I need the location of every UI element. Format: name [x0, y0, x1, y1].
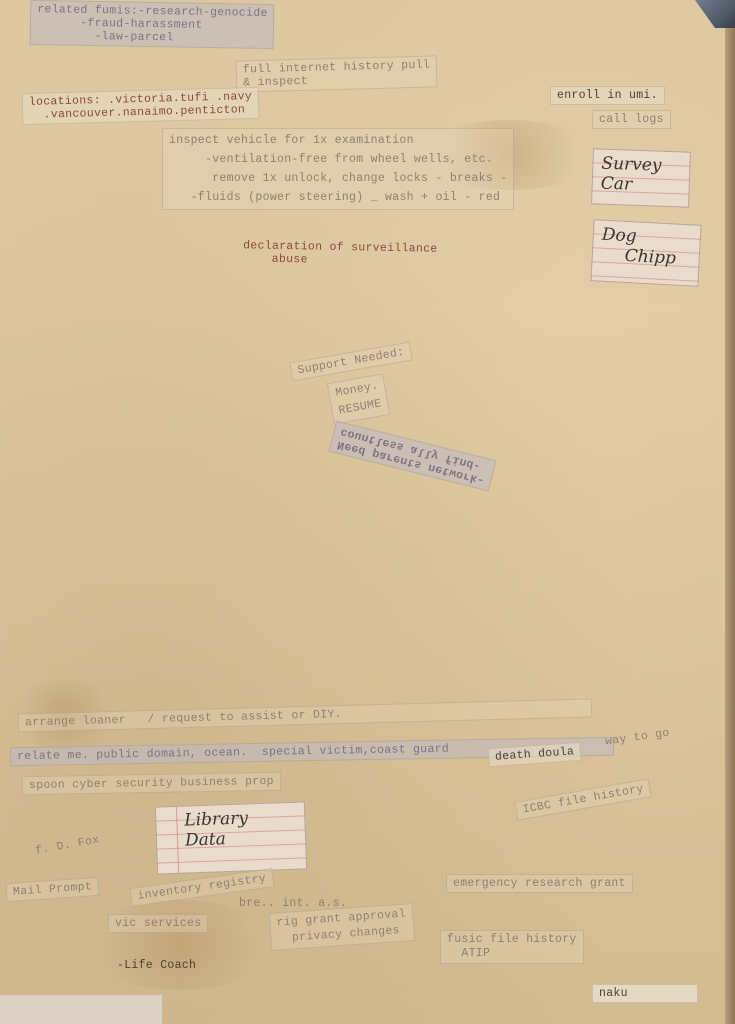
- call-logs-strip: call logs: [592, 110, 671, 129]
- vehicle-strip: inspect vehicle for 1x examination -vent…: [162, 128, 514, 210]
- document-page: related fumis:-research-genocide -fraud-…: [0, 0, 728, 1024]
- support-items: Money. RESUME: [327, 373, 391, 424]
- cyber-strip: spoon cyber security business prop: [22, 772, 281, 796]
- library-data-card: Library Data: [155, 801, 307, 874]
- internet-line-1: full internet history pull: [243, 59, 431, 77]
- request-assist: / request to assist or DIY.: [147, 708, 342, 726]
- icbc-strip: ICBC file history: [514, 778, 652, 820]
- fusic-file-history: fusic file history: [447, 933, 577, 946]
- mirrored-strip: Need parents network- countless ally fin…: [329, 420, 497, 491]
- support-title: Support Needed:: [289, 342, 412, 382]
- vic-services-strip: vic services: [108, 914, 208, 933]
- card-margin-line: [176, 807, 179, 873]
- emergency-strip: emergency research grant: [446, 874, 633, 893]
- arrange-loaner: arrange loaner: [25, 714, 126, 730]
- naku-strip: naku: [592, 984, 698, 1003]
- fox-note: f. D. Fox: [27, 829, 108, 861]
- bottom-paper-card: [0, 995, 162, 1024]
- card-line: Survey: [601, 154, 682, 177]
- card-line: Data: [185, 827, 298, 851]
- card-line: Car: [600, 174, 681, 197]
- declaration-strip: declaration of surveillance abuse: [236, 236, 445, 272]
- support-item-resume: RESUME: [338, 397, 383, 417]
- related-line-3: -law-parcel: [94, 30, 173, 44]
- vehicle-line-1: inspect vehicle for 1x examination: [169, 134, 414, 147]
- vehicle-line-3: remove 1x unlock, change locks - breaks …: [212, 172, 507, 185]
- survey-car-card: Survey Car: [591, 148, 691, 207]
- locations-strip: locations: .victoria.tufi .navy .vancouv…: [22, 87, 260, 125]
- vehicle-line-2: -ventilation-free from wheel wells, etc.: [205, 153, 493, 166]
- dog-chipp-card: Dog Chipp: [590, 219, 701, 287]
- atip: ATIP: [461, 947, 490, 960]
- declaration-line-2: abuse: [272, 253, 308, 267]
- vehicle-line-4: -fluids (power steering) _ wash + oil - …: [191, 191, 501, 204]
- life-coach-strip: -Life Coach: [110, 956, 203, 975]
- card-line: Chipp: [600, 245, 691, 270]
- paper-edge: [725, 28, 735, 1024]
- way-to-go: way to go: [597, 723, 678, 753]
- related-strip: related fumis:-research-genocide -fraud-…: [30, 0, 275, 49]
- internet-history-strip: full internet history pull & inspect: [236, 55, 438, 92]
- mail-prompt-strip: Mail Prompt: [5, 877, 99, 902]
- fusic-atip-strip: fusic file history ATIP: [440, 930, 584, 964]
- enroll-strip: enroll in umi.: [550, 86, 665, 105]
- support-item-money: Money.: [335, 379, 380, 399]
